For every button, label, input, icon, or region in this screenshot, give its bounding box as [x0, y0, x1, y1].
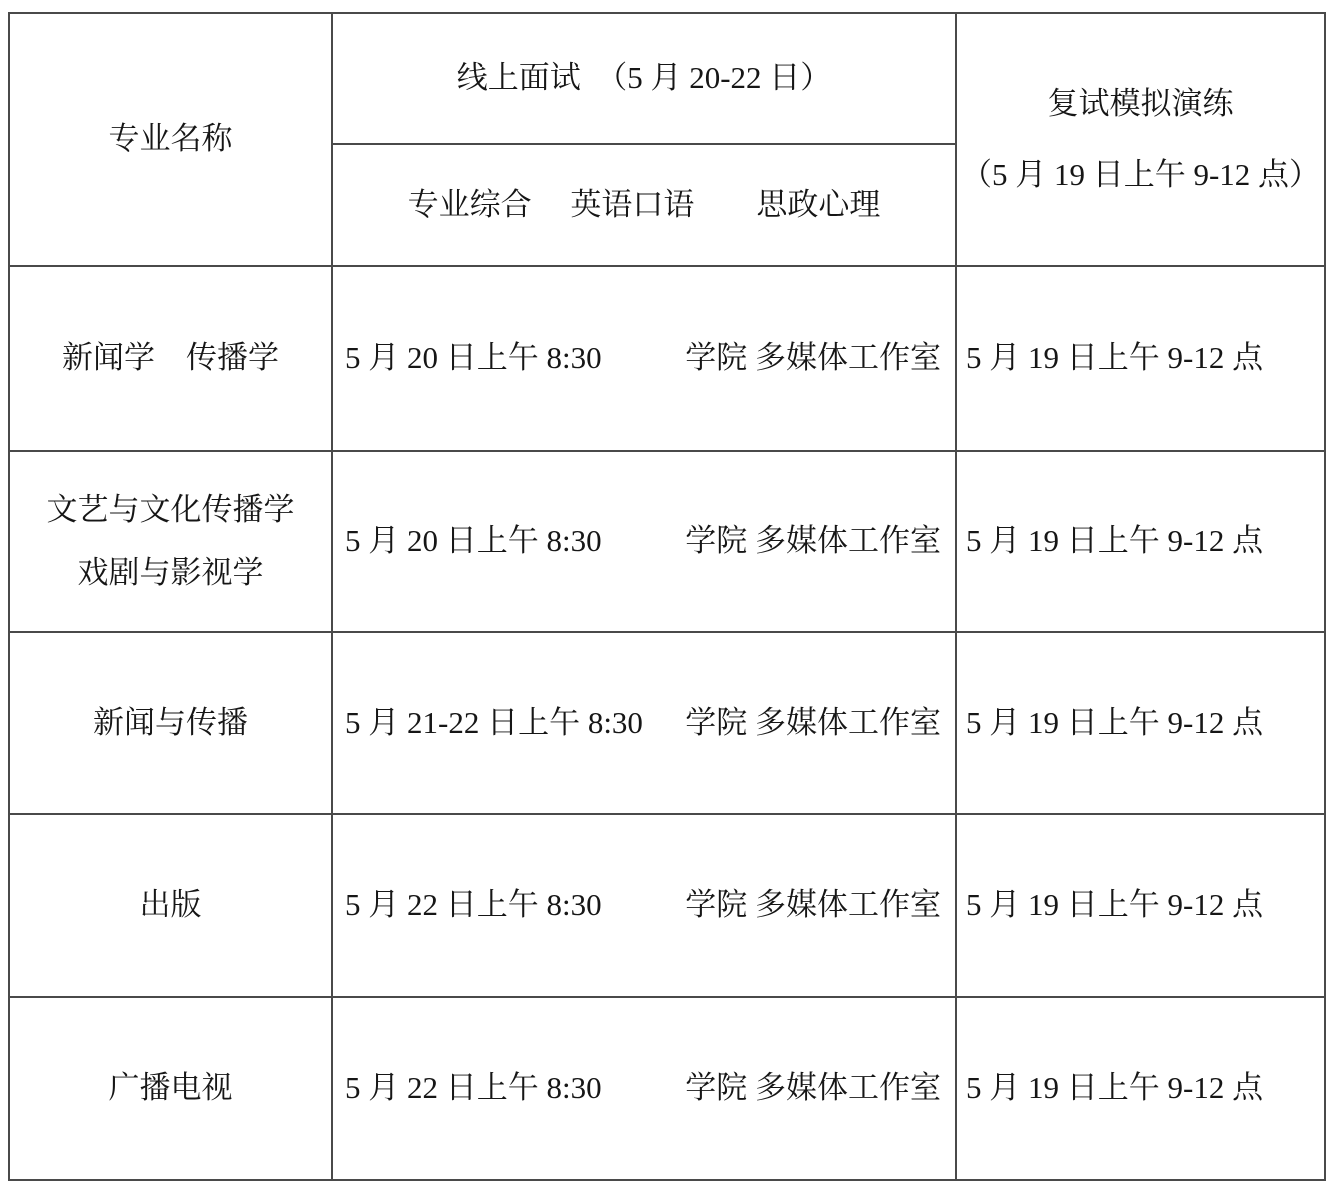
interview-location: 学院 多媒体工作室 [685, 339, 941, 378]
header-interview-title-label: 线上面试 （5 月 20-22 日） [457, 59, 832, 98]
interview-cell: 5 月 21-22 日上午 8:30 学院 多媒体工作室 [333, 633, 957, 815]
header-interview-subjects: 专业综合 英语口语 思政心理 [333, 145, 955, 265]
major-cell: 新闻学 传播学 [10, 267, 333, 452]
interview-location: 学院 多媒体工作室 [685, 886, 941, 925]
schedule-table: 专业名称 线上面试 （5 月 20-22 日） 专业综合 英语口语 思政心理 复… [8, 12, 1326, 1181]
rehearsal-time: 5 月 19 日上午 9-12 点 [966, 704, 1263, 743]
rehearsal-cell: 5 月 19 日上午 9-12 点 [957, 998, 1324, 1179]
interview-cell: 5 月 22 日上午 8:30 学院 多媒体工作室 [333, 815, 957, 998]
header-major-name: 专业名称 [10, 14, 333, 267]
major-name: 文艺与文化传播学 [47, 491, 295, 530]
interview-cell: 5 月 20 日上午 8:30 学院 多媒体工作室 [333, 267, 957, 452]
interview-time: 5 月 21-22 日上午 8:30 [345, 704, 643, 743]
rehearsal-time: 5 月 19 日上午 9-12 点 [966, 339, 1263, 378]
major-name: 出版 [140, 886, 202, 925]
interview-location: 学院 多媒体工作室 [685, 1069, 941, 1108]
major-name: 新闻学 传播学 [62, 339, 279, 378]
header-rehearsal: 复试模拟演练 （5 月 19 日上午 9-12 点） [957, 14, 1324, 267]
header-major-label: 专业名称 [109, 120, 233, 159]
major-name-line2: 戏剧与影视学 [78, 554, 264, 593]
major-cell: 新闻与传播 [10, 633, 333, 815]
interview-time: 5 月 20 日上午 8:30 [345, 522, 602, 561]
interview-location: 学院 多媒体工作室 [685, 704, 941, 743]
rehearsal-cell: 5 月 19 日上午 9-12 点 [957, 267, 1324, 452]
rehearsal-cell: 5 月 19 日上午 9-12 点 [957, 815, 1324, 998]
interview-time: 5 月 22 日上午 8:30 [345, 1069, 602, 1108]
major-name: 广播电视 [109, 1069, 233, 1108]
header-interview-subjects-label: 专业综合 英语口语 思政心理 [408, 186, 881, 225]
major-cell: 广播电视 [10, 998, 333, 1179]
rehearsal-time: 5 月 19 日上午 9-12 点 [966, 522, 1263, 561]
major-cell: 出版 [10, 815, 333, 998]
interview-cell: 5 月 20 日上午 8:30 学院 多媒体工作室 [333, 452, 957, 633]
header-rehearsal-title: 复试模拟演练 [1048, 85, 1234, 124]
interview-time: 5 月 20 日上午 8:30 [345, 339, 602, 378]
rehearsal-time: 5 月 19 日上午 9-12 点 [966, 1069, 1263, 1108]
rehearsal-time: 5 月 19 日上午 9-12 点 [966, 886, 1263, 925]
interview-cell: 5 月 22 日上午 8:30 学院 多媒体工作室 [333, 998, 957, 1179]
header-interview-title: 线上面试 （5 月 20-22 日） [333, 14, 955, 145]
rehearsal-cell: 5 月 19 日上午 9-12 点 [957, 633, 1324, 815]
interview-time: 5 月 22 日上午 8:30 [345, 886, 602, 925]
interview-location: 学院 多媒体工作室 [685, 522, 941, 561]
major-name: 新闻与传播 [93, 704, 248, 743]
header-online-interview: 线上面试 （5 月 20-22 日） 专业综合 英语口语 思政心理 [333, 14, 957, 267]
header-rehearsal-time: （5 月 19 日上午 9-12 点） [961, 156, 1320, 195]
major-cell: 文艺与文化传播学 戏剧与影视学 [10, 452, 333, 633]
rehearsal-cell: 5 月 19 日上午 9-12 点 [957, 452, 1324, 633]
